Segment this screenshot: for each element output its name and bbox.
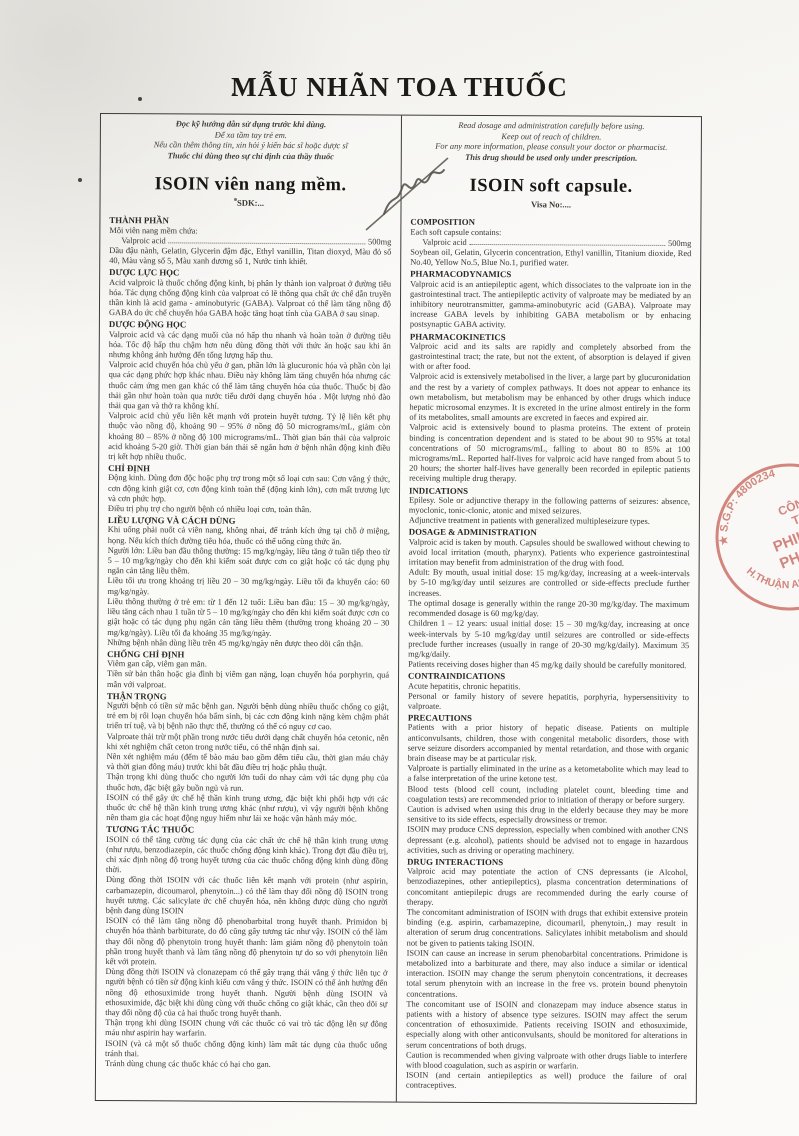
paragraph: Dầu đậu nành, Gelatin, Glycerin đậm đặc,…	[109, 246, 391, 268]
paragraph: Children 1 – 12 years: usual initial dos…	[408, 619, 689, 661]
paragraph: Epilesy. Sole or adjunctive therapy in t…	[409, 495, 690, 517]
ingredient-name: Valproic acid	[422, 237, 466, 247]
paragraph: Dùng đồng thời ISOIN với các thuốc liên …	[106, 875, 388, 917]
signature-mark	[362, 148, 454, 236]
paragraph: Soybean oil, Gelatin, Glycerin concentra…	[410, 248, 691, 270]
paragraph: Acid valproic là thuốc chống động kinh, …	[109, 278, 391, 320]
paragraph: Valproate is partially eliminated in the…	[407, 764, 688, 786]
paragraph: Caution is advised when using this drug …	[407, 805, 688, 827]
sections-vi: THÀNH PHẦNMỗi viên nang mềm chứa:Valproi…	[105, 215, 391, 1070]
paragraph: Người bệnh có tiền sử mắc bệnh gan. Ngườ…	[107, 701, 389, 733]
paragraph: Valproic acid and its salts are rapidly …	[410, 341, 691, 373]
paragraph: Dùng đồng thời ISOIN và clonazepam có th…	[105, 967, 387, 1019]
scan-speck	[78, 178, 82, 182]
paragraph: Động kinh. Dùng đơn độc hoặc phụ trợ tro…	[108, 474, 390, 506]
paragraph: Người lớn: Liều ban đầu thông thường: 15…	[108, 546, 390, 578]
paragraph: Patients receiving doses higher than 45 …	[408, 660, 689, 672]
paragraph: ISOIN (và cả một số thuốc chống động kin…	[105, 1039, 387, 1061]
dotted-leader	[169, 242, 365, 244]
paragraph: Valproic acid is extensively metabolised…	[409, 372, 690, 424]
paragraph: ISOIN có thể gây ức chế hệ thần kinh tru…	[106, 793, 388, 825]
paragraph: Valproic acid is extensively bound to pl…	[409, 423, 690, 486]
paragraph: Valproate thải trừ một phần trong nước t…	[107, 732, 389, 754]
paragraph: Valproic acid chuyển hóa chủ yếu ở gan, …	[108, 360, 390, 412]
paragraph: Khi uống phải nuốt cả viên nang, không n…	[108, 526, 390, 548]
paragraph: Liều tối ưu trong khoảng trị liều 20 – 3…	[107, 577, 389, 599]
paragraph: The concomitant administration of ISOIN …	[407, 908, 688, 950]
ingredient-name: Valproic acid	[121, 236, 165, 246]
paragraph: Nên xét nghiệm máu (đếm tế bào máu bao g…	[107, 752, 389, 774]
paragraph: Valproic acid is an antiepileptic agent,…	[410, 279, 691, 331]
paragraph: ISOIN (and certain antiepileptics as wel…	[406, 1071, 687, 1093]
paragraph: Liều thông thường ở trẻ em: từ 1 đến 12 …	[107, 597, 389, 639]
paragraph: ISOIN có thể làm tăng nồng độ phenobarbi…	[106, 916, 388, 968]
paragraph: Valproic acid is taken by mouth. Capsule…	[409, 537, 690, 569]
sections-en: COMPOSITIONEach soft capsule contains:Va…	[406, 217, 692, 1093]
paragraph: ISOIN có thể tăng cường tác dụng của các…	[106, 835, 388, 877]
paragraph: Valproic acid chủ yếu liên kết mạnh với …	[108, 411, 390, 463]
paragraph: Thận trọng khi dùng ISOIN chung với các …	[105, 1018, 387, 1040]
page-title: MẪU NHÃN TOA THUỐC	[0, 72, 799, 103]
paragraph: Adult: By mouth, usual initial dose: 15 …	[408, 568, 689, 600]
paragraph: Valproic acid may potentiate the action …	[407, 867, 688, 909]
paragraph: The optimal dosage is generally within t…	[408, 599, 689, 621]
column-english: Read dosage and administration carefully…	[396, 116, 701, 1103]
scanned-document: { "page_title": "MẪU NHÃN TOA THUỐC", "l…	[0, 0, 799, 1136]
product-title-vi: ISOIN viên nang mềm.	[110, 174, 392, 196]
notice-line: Thuốc chỉ dùng theo sự chỉ định của thầy…	[110, 151, 392, 163]
label-table: Đọc kỹ hướng dẫn sử dụng trước khi dùng.…	[95, 113, 702, 1104]
paragraph: The concomitant use of ISOIN and clonaze…	[406, 999, 687, 1051]
paragraph: Tiền sử bản thân hoặc gia đình bị viêm g…	[107, 669, 389, 691]
paragraph: Adjunctive treatment in patients with ge…	[409, 516, 690, 528]
paragraph: ISOIN may produce CNS depression, especi…	[407, 825, 688, 857]
paragraph: Những bệnh nhân dùng liều trên 45 mg/kg/…	[107, 638, 389, 650]
paragraph: Thận trọng khi dùng thuốc cho người lớn …	[106, 772, 388, 794]
paragraph: Valproic acid và các dạng muối của nó hấ…	[109, 330, 391, 362]
paragraph: Patients with a prior history of hepatic…	[408, 723, 689, 765]
paragraph: Điều trị phụ trợ cho người bệnh có nhiều…	[108, 504, 390, 516]
paragraph: Caution is recommended when giving valpr…	[406, 1050, 687, 1072]
ingredient-amount: 500mg	[368, 237, 391, 247]
paragraph: Personal or family history of severe hep…	[408, 691, 689, 713]
paragraph: Blood tests (blood cell count, including…	[407, 784, 688, 806]
usage-notices-vi: Đọc kỹ hướng dẫn sử dụng trước khi dùng.…	[110, 119, 392, 163]
paragraph: Tránh dùng chung các thuốc khác có hại c…	[105, 1059, 387, 1071]
ingredient-amount: 500mg	[668, 239, 691, 249]
registration-number-vi: SDK:...	[110, 197, 392, 208]
paragraph: ISOIN can cause an increase in serum phe…	[406, 948, 687, 1000]
column-vietnamese: Đọc kỹ hướng dẫn sử dụng trước khi dùng.…	[96, 114, 401, 1101]
dotted-leader	[470, 244, 665, 246]
